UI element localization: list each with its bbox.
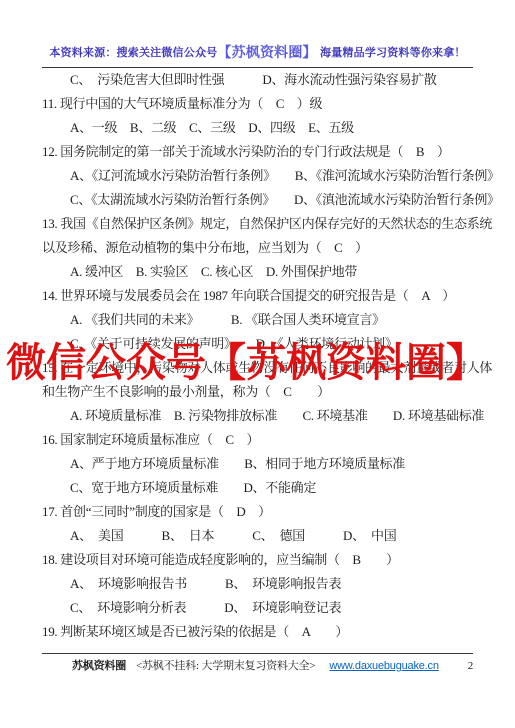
doc-line-q13-stem-2: 以及珍稀、源危动植物的集中分布地，应当划为（ C ） xyxy=(0,236,515,260)
doc-line-q11-options: A、一级 B、二级 C、三级 D、四级 E、五级 xyxy=(0,116,515,140)
footer-tagline: <苏枫不挂科: 大学期末复习资料大全> xyxy=(136,657,315,673)
footer-website-link[interactable]: www.daxuebuguake.cn xyxy=(329,660,438,672)
footer-brand: 苏枫资料圈 xyxy=(72,657,126,673)
footer-divider xyxy=(42,653,473,654)
doc-line-q18-options-ab: A、 环境影响报告书 B、 环境影响报告表 xyxy=(0,572,515,596)
doc-line-q13-stem-1: 13. 我国《自然保护区条例》规定，自然保护区内保存完好的天然状态的生态系统 xyxy=(0,212,515,236)
doc-line-q16-options-ab: A、严于地方环境质量标准 B、相同于地方环境质量标准 xyxy=(0,452,515,476)
doc-line-q18-stem: 18. 建设项目对环境可能造成轻度影响的，应当编制（ B ） xyxy=(0,548,515,572)
doc-line-q18-options-cd: C、 环境影响分析表 D、 环境影响登记表 xyxy=(0,596,515,620)
doc-line-q13-options: A. 缓冲区 B. 实验区 C. 核心区 D. 外围保护地带 xyxy=(0,260,515,284)
source-banner: 本资料来源：搜索关注微信公众号【苏枫资料圈】 海量精品学习资料等你来拿！ xyxy=(0,42,515,62)
red-watermark: 微信公众号【苏枫资料圈】 xyxy=(6,331,486,388)
doc-line-q17-stem: 17. 首创“三同时”制度的国家是（ D ） xyxy=(0,500,515,524)
doc-line-q12-options-cd: C、《太湖流域水污染防治暂行条例》 D、《滇池流域水污染防治暂行条例》 xyxy=(0,188,515,212)
doc-line-q10-options-cd: C、 污染危害大但即时性强 D、海水流动性强污染容易扩散 xyxy=(0,68,515,92)
doc-line-q19-stem: 19. 判断某环境区域是否已被污染的依据是（ A ） xyxy=(0,620,515,644)
doc-line-q12-stem: 12. 国务院制定的第一部关于流域水污染防治的专门行政法规是（ B ） xyxy=(0,140,515,164)
document-page: 本资料来源：搜索关注微信公众号【苏枫资料圈】 海量精品学习资料等你来拿！ C、 … xyxy=(0,0,515,728)
page-number: 2 xyxy=(468,660,473,672)
doc-line-q14-options-ab: A. 《我们共同的未来》 B. 《联合国人类环境宣言》 xyxy=(0,308,515,332)
doc-line-q11-stem: 11. 现行中国的大气环境质量标准分为（ C ）级 xyxy=(0,92,515,116)
banner-brand: 【苏枫资料圈】 xyxy=(217,44,316,60)
doc-line-q15-options: A. 环境质量标准 B. 污染物排放标准 C. 环境基准 D. 环境基础标准 xyxy=(0,404,515,428)
banner-suffix: 海量精品学习资料等你来拿！ xyxy=(317,47,466,59)
doc-line-q12-options-ab: A、《辽河流域水污染防治暂行条例》 B、《淮河流域水污染防治暂行条例》 xyxy=(0,164,515,188)
doc-line-q14-stem: 14. 世界环境与发展委员会在 1987 年向联合国提交的研究报告是（ A ） xyxy=(0,284,515,308)
doc-line-q16-stem: 16. 国家制定环境质量标准应（ C ） xyxy=(0,428,515,452)
doc-line-q17-options: A、 美国 B、 日本 C、 德国 D、 中国 xyxy=(0,524,515,548)
page-footer: 苏枫资料圈 <苏枫不挂科: 大学期末复习资料大全> www.daxuebugua… xyxy=(42,657,473,673)
banner-prefix: 本资料来源：搜索关注微信公众号 xyxy=(49,47,217,59)
doc-line-q16-options-cd: C、宽于地方环境质量标难 D、不能确定 xyxy=(0,476,515,500)
